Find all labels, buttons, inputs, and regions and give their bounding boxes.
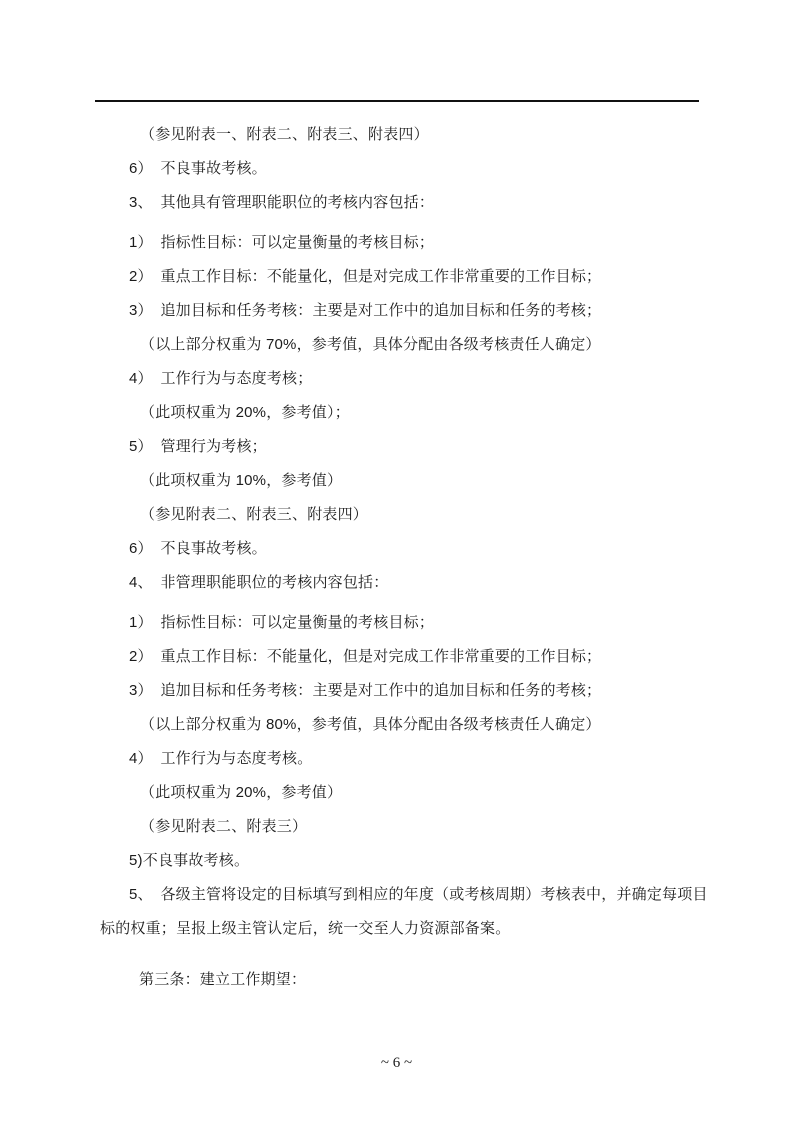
paragraph: 5、 各级主管将设定的目标填写到相应的年度（或考核周期）考核表中，并确定每项目 [100, 878, 700, 912]
paragraph: 2） 重点工作目标：不能量化，但是对完成工作非常重要的工作目标； [100, 260, 700, 294]
header-rule [95, 100, 699, 102]
paragraph: 1） 指标性目标：可以定量衡量的考核目标； [100, 226, 700, 260]
paragraph: 3） 追加目标和任务考核：主要是对工作中的追加目标和任务的考核； [100, 674, 700, 708]
paragraph: 6） 不良事故考核。 [100, 532, 700, 566]
paragraph: 5） 管理行为考核； [100, 430, 700, 464]
document-body: （参见附表一、附表二、附表三、附表四）6） 不良事故考核。3、 其他具有管理职能… [100, 118, 700, 997]
paragraph: 2） 重点工作目标：不能量化，但是对完成工作非常重要的工作目标； [100, 640, 700, 674]
paragraph: 3、 其他具有管理职能职位的考核内容包括： [100, 186, 700, 220]
paragraph: 标的权重；呈报上级主管认定后，统一交至人力资源部备案。 [100, 912, 700, 946]
paragraph: （参见附表一、附表二、附表三、附表四） [100, 118, 700, 152]
paragraph: 3） 追加目标和任务考核：主要是对工作中的追加目标和任务的考核； [100, 294, 700, 328]
paragraph: （以上部分权重为 70%，参考值，具体分配由各级考核责任人确定） [100, 328, 700, 362]
paragraph: （以上部分权重为 80%，参考值，具体分配由各级考核责任人确定） [100, 708, 700, 742]
paragraph: （此项权重为 20%，参考值） [100, 776, 700, 810]
paragraph: （此项权重为 10%，参考值） [100, 464, 700, 498]
paragraph: （此项权重为 20%，参考值）； [100, 396, 700, 430]
paragraph: 4、 非管理职能职位的考核内容包括： [100, 566, 700, 600]
page-number: ~ 6 ~ [381, 1055, 412, 1071]
paragraph: 5)不良事故考核。 [100, 844, 700, 878]
paragraph: 1） 指标性目标：可以定量衡量的考核目标； [100, 606, 700, 640]
paragraph: （参见附表二、附表三） [100, 810, 700, 844]
paragraph: 4） 工作行为与态度考核。 [100, 742, 700, 776]
paragraph: 第三条：建立工作期望： [100, 963, 700, 997]
page-footer: ~ 6 ~ [0, 1054, 793, 1072]
paragraph: 4） 工作行为与态度考核； [100, 362, 700, 396]
paragraph: （参见附表二、附表三、附表四） [100, 498, 700, 532]
document-page: （参见附表一、附表二、附表三、附表四）6） 不良事故考核。3、 其他具有管理职能… [0, 0, 793, 1122]
paragraph: 6） 不良事故考核。 [100, 152, 700, 186]
